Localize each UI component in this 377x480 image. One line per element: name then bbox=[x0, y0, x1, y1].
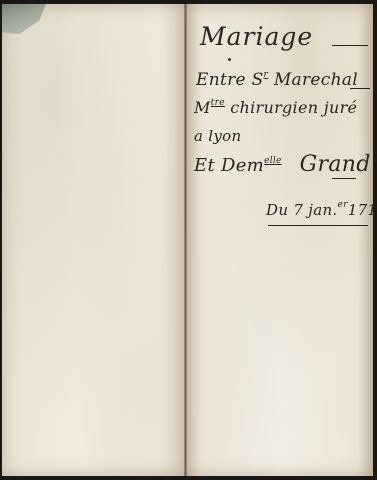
docket-title: Mariage bbox=[200, 22, 313, 51]
date-day: Du 7 bbox=[266, 201, 308, 219]
docket-line-profession: Mtre chirurgien juré bbox=[194, 98, 357, 117]
title-flourish bbox=[332, 45, 368, 46]
document-scan: Mariage Entre Sr Marechal Mtre chirurgie… bbox=[0, 0, 377, 480]
groom-prefix: Entre S bbox=[196, 70, 264, 90]
line1-flourish bbox=[350, 88, 370, 89]
line4-flourish bbox=[332, 178, 356, 179]
date-month: jan. bbox=[308, 201, 337, 219]
ink-dot bbox=[228, 58, 231, 61]
profession-abbr: tre bbox=[211, 98, 225, 108]
bride-abbr: elle bbox=[264, 156, 282, 166]
docket-line-bride: Et DemelleGrand bbox=[194, 152, 371, 177]
date-sup: er bbox=[338, 200, 348, 210]
bride-name: Grand bbox=[300, 152, 371, 177]
profession-prefix: M bbox=[194, 98, 211, 117]
bride-prefix: Et Dem bbox=[194, 155, 264, 176]
groom-name: Marechal bbox=[268, 70, 358, 90]
docket-date: Du 7 jan.er1713 bbox=[266, 200, 377, 219]
docket-line-place: a lyon bbox=[194, 127, 241, 145]
docket-line-groom: Entre Sr Marechal bbox=[196, 70, 358, 90]
date-underline bbox=[268, 225, 368, 226]
date-year: 1713 bbox=[348, 201, 377, 219]
left-page-blank bbox=[2, 4, 186, 476]
center-fold bbox=[184, 4, 187, 476]
profession-text: chirurgien juré bbox=[225, 98, 357, 117]
